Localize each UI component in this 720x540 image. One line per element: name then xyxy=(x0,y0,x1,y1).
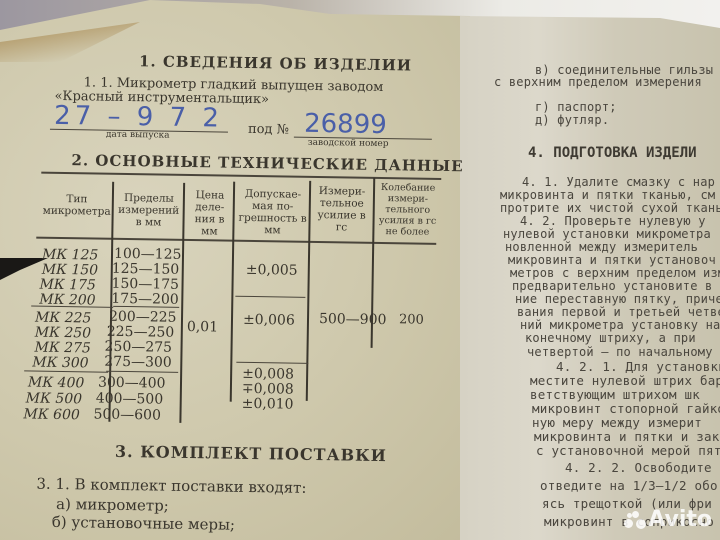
range-cell: 500—600 xyxy=(93,407,161,424)
type-cell: МК 600 xyxy=(23,406,80,423)
section3-item: б) установочные меры; xyxy=(52,513,236,534)
section4-line: 4. 2. 2. Освободите сто xyxy=(565,460,720,475)
col-header-division: Цена деле-ния в мм xyxy=(186,189,233,238)
range-cell: 400—500 xyxy=(96,391,164,408)
serial-prefix: под № xyxy=(248,122,289,138)
section4-line: предварительно установите в xyxy=(512,279,712,293)
section4-line: с установочной мерой пятк xyxy=(536,443,720,458)
col-header-range: Пределы измерений в мм xyxy=(114,192,183,229)
date-label: дата выпуска xyxy=(106,130,170,141)
range-cell: 300—400 xyxy=(98,375,166,392)
section4-line: конечному штриху, а при xyxy=(525,331,696,345)
measuring-force: 500—900 xyxy=(319,311,387,328)
section4-line: ветствующим штрихом шк xyxy=(530,387,700,402)
supply-item: г) паспорт; xyxy=(535,100,617,114)
col-header-error: Допускае-мая по-грешность в мм xyxy=(236,188,309,237)
section4-line: местите нулевой штрих бара xyxy=(530,373,720,388)
avito-watermark: Avito xyxy=(624,507,712,532)
section4-line: новленной между измеритель xyxy=(505,240,698,254)
section4-line: ную меру между измерит xyxy=(532,415,702,430)
section4-line: протрите их чистой сухой ткань xyxy=(500,201,720,215)
type-cell: МК 500 xyxy=(26,390,83,407)
section4-line: микровинта и пятки установоч xyxy=(508,253,716,267)
section4-line: микровинта и пятки и зак xyxy=(534,429,719,444)
section4-line: микровинт стопорной гайко xyxy=(532,401,720,416)
section4-line: 4. 1. Удалите смазку с нар xyxy=(522,175,715,189)
section4-line: метров с верхним пределом изм xyxy=(510,266,720,280)
section4-line: отведите на 1/3—1/2 обо xyxy=(540,478,718,493)
col-header-type: Тип микрометра xyxy=(41,193,113,218)
serial-label: заводской номер xyxy=(308,138,389,149)
col-header-force-variation: Колебание измери-тельного усилия в гс не… xyxy=(374,182,441,238)
supply-item: д) футляр. xyxy=(535,113,609,127)
section4-line: четвертой — по начальному xyxy=(527,345,713,359)
col-header-force: Измери-тельное усилие в гс xyxy=(310,185,373,234)
section4-line: 4. 2. 1. Для установки xyxy=(556,359,720,374)
section4-line: вания первой и третьей четве xyxy=(517,305,720,319)
avito-logo-icon xyxy=(624,511,646,529)
section3-item: а) микрометр; xyxy=(56,495,169,515)
section4-line: микровинта и пятки тканью, см xyxy=(500,188,715,202)
error-cell: ±0,006 xyxy=(243,312,295,329)
section4-line: ние перестaвную пятку, приче xyxy=(515,292,720,306)
section4-title: 4. ПОДГОТОВКА ИЗДЕЛИ xyxy=(528,145,697,161)
section4-line: нулевой установки микрометра xyxy=(503,227,711,241)
type-cell: МК 400 xyxy=(28,374,85,391)
supply-item: с верхним пределом измерения xyxy=(494,75,702,89)
type-cell: МК 300 xyxy=(32,355,89,372)
serial-number-handwritten: 26899 xyxy=(304,109,387,140)
error-cell: ±0,010 xyxy=(242,396,294,413)
division-value: 0,01 xyxy=(187,319,218,335)
error-cell: ±0,005 xyxy=(246,262,298,279)
watermark-text: Avito xyxy=(648,507,712,532)
range-cell: 275—300 xyxy=(104,354,172,371)
section4-line: ний микрометра установку на xyxy=(520,318,720,332)
section4-line: 4. 2. Проверьте нулевую у xyxy=(520,214,706,228)
force-variation: 200 xyxy=(399,312,424,327)
